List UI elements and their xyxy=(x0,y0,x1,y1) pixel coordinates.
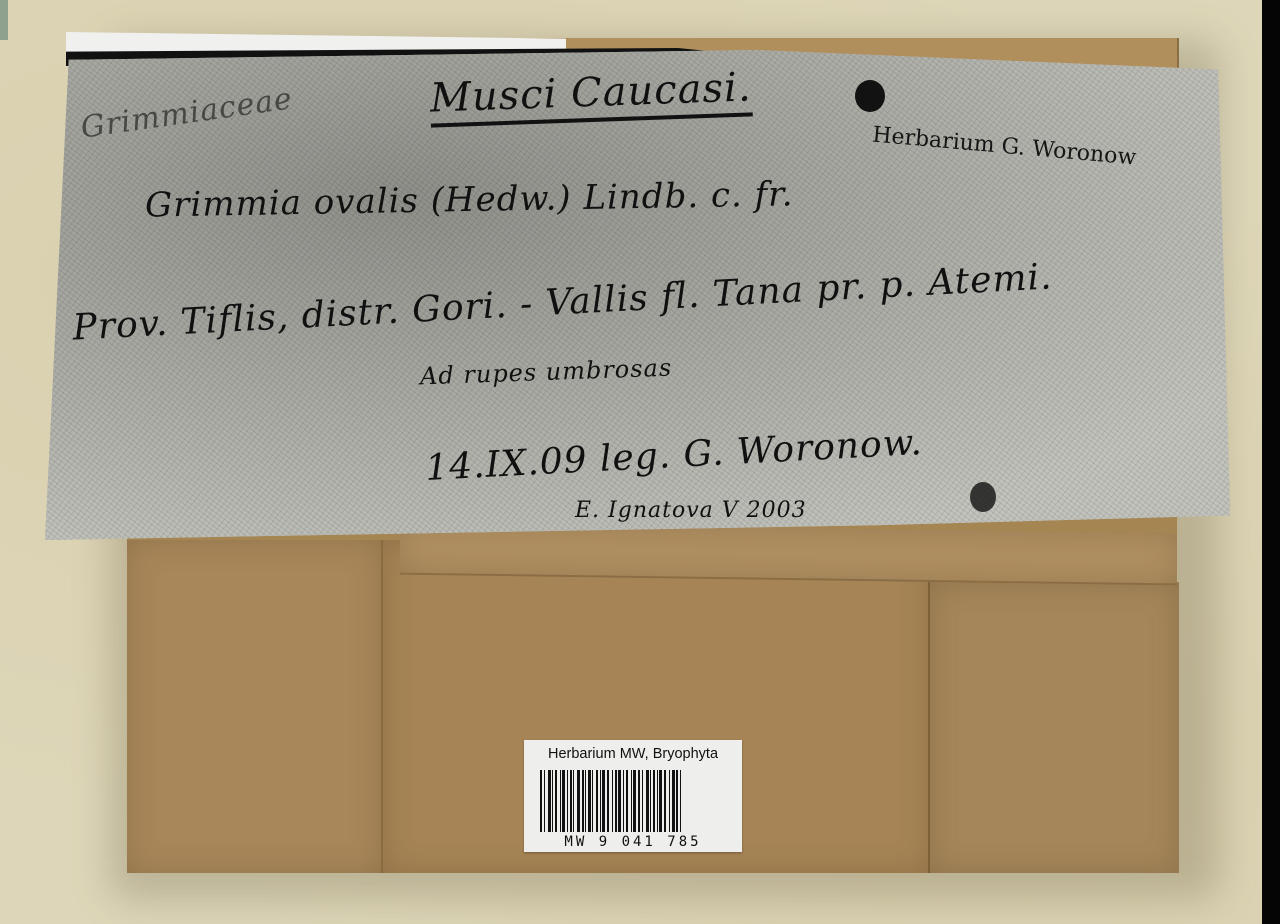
packet-left-flap xyxy=(127,540,381,873)
packet-fold-strip xyxy=(400,523,1177,586)
specimen-photo: Grimmiaceae Musci Caucasi. Herbarium G. … xyxy=(0,0,1280,924)
ink-blot xyxy=(855,80,885,112)
ink-blot xyxy=(970,482,996,512)
scan-border xyxy=(1262,0,1280,924)
barcode-number: MW 9 041 785 xyxy=(524,834,742,850)
barcode-title: Herbarium MW, Bryophyta xyxy=(524,746,742,762)
packet-right-flap xyxy=(928,582,1179,873)
adjacent-sheet-edge xyxy=(0,0,8,40)
determination-annotation: E. Ignatova V 2003 xyxy=(575,498,807,523)
barcode-icon xyxy=(540,770,726,832)
barcode-label: Herbarium MW, Bryophyta MW 9 041 785 xyxy=(524,740,742,852)
